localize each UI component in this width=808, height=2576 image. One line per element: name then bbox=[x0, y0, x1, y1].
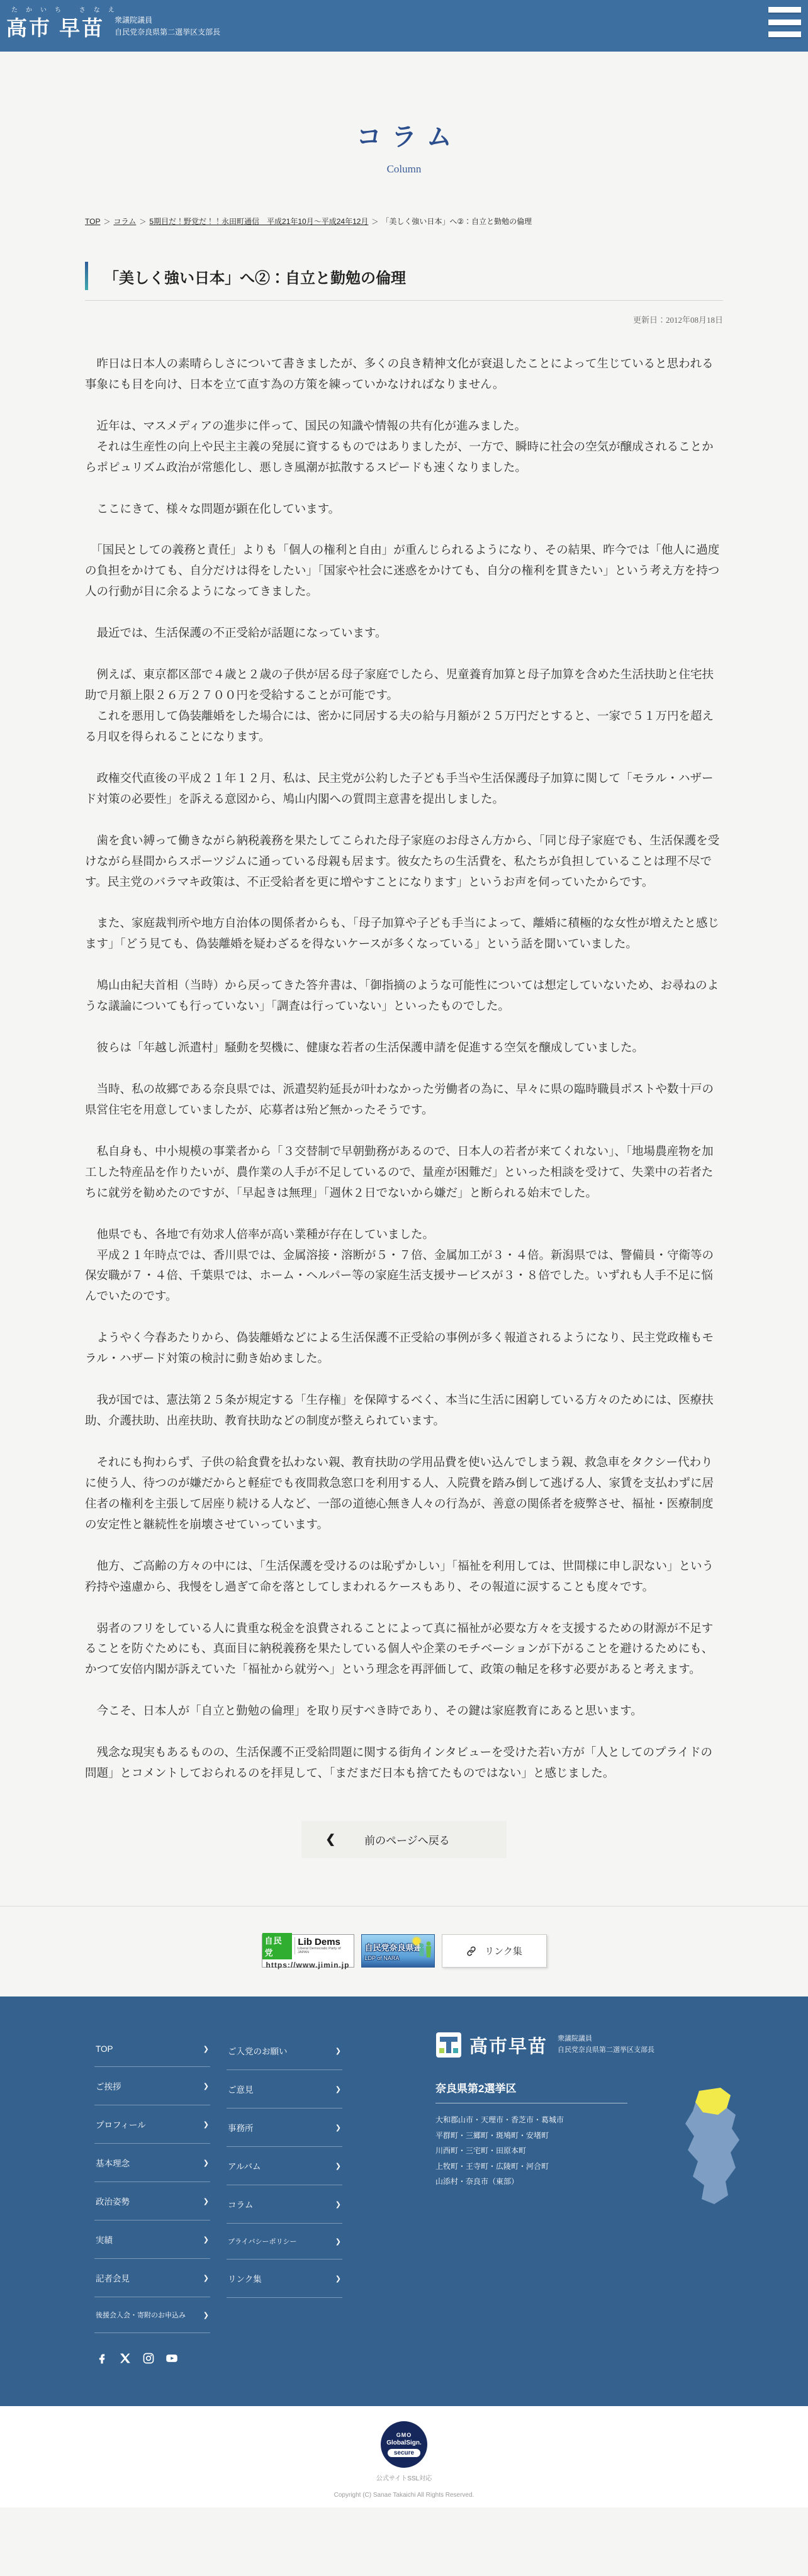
brand-titles: 衆議院議員 自民党奈良県第二選挙区支部長 bbox=[115, 14, 220, 38]
chevron-right-icon: ❯ bbox=[335, 2085, 341, 2093]
footer-brand-title1: 衆議院議員 bbox=[558, 2034, 654, 2045]
chevron-right-icon: ❯ bbox=[335, 2237, 341, 2246]
paragraph: 私自身も、中小規模の事業者から「３交替制で早朝勤務があるので、日本人の若者が来て… bbox=[85, 1142, 723, 1204]
paragraph-block: 残念な現実もあるものの、生活保護不正受給問題に関する街角インタビューを受けた若い… bbox=[85, 1743, 723, 1784]
footer-nav-item[interactable]: プロフィール❯ bbox=[94, 2105, 210, 2144]
chevron-right-icon: ❯ bbox=[203, 2045, 209, 2053]
paragraph: それにも拘わらず、子供の給食費を払わない親、教育扶助の学用品費を使い込んでしまう… bbox=[85, 1453, 723, 1536]
links-collection-button[interactable]: リンク集 bbox=[442, 1934, 547, 1968]
libdems-wordmark: Lib Dems bbox=[298, 1937, 353, 1947]
footer-brand-name[interactable]: 高市早苗 bbox=[469, 2032, 547, 2058]
footer-nav-label: アルバム bbox=[228, 2159, 261, 2172]
brand-title-line1: 衆議院議員 bbox=[115, 14, 220, 26]
seal-caption: 公式サイトSSL対応 bbox=[0, 2473, 808, 2482]
footer-nav-label: ご入党のお願い bbox=[228, 2044, 288, 2057]
footer-nav-label: 政治姿勢 bbox=[96, 2195, 130, 2207]
paragraph: 平成２１年時点では、香川県では、金属溶接・溶断が５・７倍、金属加工が３・４倍。新… bbox=[85, 1246, 723, 1308]
nara-banner-subtitle: LDP of NARA bbox=[365, 1955, 400, 1961]
chevron-left-icon: ❮ bbox=[325, 1832, 335, 1847]
site-brand[interactable]: たかいち さなえ 高市 早苗 衆議院議員 自民党奈良県第二選挙区支部長 bbox=[0, 0, 808, 38]
x-icon[interactable] bbox=[119, 2352, 132, 2365]
seal-section: GMO GlobalSign. secure 公式サイトSSL対応 Copyri… bbox=[0, 2406, 808, 2507]
chevron-right-icon: ❯ bbox=[335, 2162, 341, 2170]
instagram-icon[interactable] bbox=[142, 2352, 155, 2365]
brand-furigana: たかいち さなえ bbox=[11, 4, 808, 14]
social-icons-row bbox=[94, 2352, 342, 2365]
jimin-url: https://www.jimin.jp bbox=[266, 1961, 350, 1969]
paragraph-block: 歯を食い縛って働きながら納税義務を果たしてこられた母子家庭のお母さん方から、「同… bbox=[85, 831, 723, 893]
paragraph: 近年は、マスメディアの進歩に伴って、国民の知識や情報の共有化が進みました。 bbox=[85, 417, 723, 437]
paragraph-block: 政権交代直後の平成２１年１２月、私は、民主党が公約した子ども手当や生活保護母子加… bbox=[85, 769, 723, 810]
paragraph-block: ここにきて、様々な問題が顕在化しています。 bbox=[85, 500, 723, 520]
paragraph: それは生産性の向上や民主主義の発展に資するものではありましたが、一方で、瞬時に社… bbox=[85, 437, 723, 479]
seal-brand-top: GMO bbox=[396, 2432, 412, 2438]
seal-brand-bottom: GlobalSign. bbox=[386, 2439, 422, 2446]
paragraph-block: ようやく今春あたりから、偽装離婚などによる生活保護不正受給の事例が多く報道される… bbox=[85, 1328, 723, 1370]
footer-nav-item[interactable]: ご入党のお願い❯ bbox=[227, 2032, 342, 2070]
brand-title-line2: 自民党奈良県第二選挙区支部長 bbox=[115, 26, 220, 38]
breadcrumb-separator: ＞ bbox=[371, 218, 378, 226]
people-figures-icon bbox=[417, 1941, 433, 1966]
footer-nav-item[interactable]: 基本理念❯ bbox=[94, 2144, 210, 2182]
footer-nav-item[interactable]: プライバシーポリシー❯ bbox=[227, 2224, 342, 2260]
footer-brand-title2: 自民党奈良県第二選挙区支部長 bbox=[558, 2045, 654, 2056]
ldp-logo: 自民党 bbox=[262, 1933, 293, 1959]
chevron-right-icon: ❯ bbox=[203, 2311, 209, 2319]
footer-nav-item[interactable]: ご意見❯ bbox=[227, 2070, 342, 2108]
site-logo-icon bbox=[435, 2032, 462, 2058]
chevron-right-icon: ❯ bbox=[203, 2236, 209, 2244]
paragraph: 鳩山由紀夫首相（当時）から戻ってきた答弁書は、「御指摘のような可能性については想… bbox=[85, 976, 723, 1017]
footer-nav-item[interactable]: 事務所❯ bbox=[227, 2108, 342, 2147]
paragraph: 今こそ、日本人が「自立と勤勉の倫理」を取り戻すべき時であり、その鍵は家庭教育にあ… bbox=[85, 1701, 723, 1722]
site-header: たかいち さなえ 高市 早苗 衆議院議員 自民党奈良県第二選挙区支部長 bbox=[0, 0, 808, 52]
page-heading-section: コラム Column bbox=[0, 52, 808, 176]
chevron-right-icon: ❯ bbox=[335, 2124, 341, 2132]
paragraph-block: 「国民としての義務と責任」よりも「個人の権利と自由」が重んじられるようになり、そ… bbox=[85, 540, 723, 603]
paragraph: 政権交代直後の平成２１年１２月、私は、民主党が公約した子ども手当や生活保護母子加… bbox=[85, 769, 723, 810]
paragraph-block: 昨日は日本人の素晴らしさについて書きましたが、多くの良き精神文化が衰退したことに… bbox=[85, 354, 723, 396]
footer-nav-label: 事務所 bbox=[228, 2121, 254, 2134]
paragraph: 「国民としての義務と責任」よりも「個人の権利と自由」が重んじられるようになり、そ… bbox=[85, 540, 723, 603]
paragraph: これを悪用して偽装離婚をした場合には、密かに同居する夫の給与月額が２５万円だとす… bbox=[85, 707, 723, 748]
footer-nav-label: ご意見 bbox=[228, 2083, 254, 2095]
chevron-right-icon: ❯ bbox=[203, 2274, 209, 2282]
back-button-label: 前のページへ戻る bbox=[364, 1832, 450, 1847]
footer-nav-label: ご挨拶 bbox=[96, 2080, 121, 2092]
breadcrumb: TOP＞コラム＞5期目だ！野党だ！！永田町通信 平成21年10月～平成24年12… bbox=[85, 216, 723, 227]
paragraph: ここにきて、様々な問題が顕在化しています。 bbox=[85, 500, 723, 520]
copyright-text: Copyright (C) Sanae Takaichi All Rights … bbox=[0, 2492, 808, 2499]
footer-nav-item[interactable]: TOP❯ bbox=[94, 2032, 210, 2067]
chevron-right-icon: ❯ bbox=[203, 2120, 209, 2129]
footer-nav-label: 記者会見 bbox=[96, 2271, 130, 2284]
footer-nav-label: コラム bbox=[228, 2198, 253, 2210]
paragraph-block: 鳩山由紀夫首相（当時）から戻ってきた答弁書は、「御指摘のような可能性については想… bbox=[85, 976, 723, 1017]
paragraph-block: 近年は、マスメディアの進歩に伴って、国民の知識や情報の共有化が進みました。 それ… bbox=[85, 417, 723, 479]
paragraph-block: 我が国では、憲法第２５条が規定する「生存権」を保障するべく、本当に生活に困窮して… bbox=[85, 1391, 723, 1432]
ldp-nara-banner[interactable]: 自民党奈良県連 LDP of NARA bbox=[361, 1934, 435, 1968]
chevron-right-icon: ❯ bbox=[335, 2200, 341, 2209]
paragraph-block: 彼らは「年越し派遣村」騒動を契機に、健康な若者の生活保護申請を促進する空気を醸成… bbox=[85, 1038, 723, 1059]
paragraph-block: 他県でも、各地で有効求人倍率が高い業種が存在していました。 平成２１年時点では、… bbox=[85, 1225, 723, 1308]
banner-section: 自民党 Lib Dems Liberal Democratic Party of… bbox=[0, 1906, 808, 1996]
footer-nav-item[interactable]: ご挨拶❯ bbox=[94, 2067, 210, 2105]
paragraph: また、家庭裁判所や地方自治体の関係者からも、「母子加算や子ども手当によって、離婚… bbox=[85, 914, 723, 955]
chevron-right-icon: ❯ bbox=[203, 2197, 209, 2205]
footer-nav-label: プライバシーポリシー bbox=[228, 2236, 296, 2246]
paragraph: ようやく今春あたりから、偽装離婚などによる生活保護不正受給の事例が多く報道される… bbox=[85, 1328, 723, 1370]
footer-nav-label: リンク集 bbox=[228, 2272, 262, 2285]
article-body: 昨日は日本人の素晴らしさについて書きましたが、多くの良き精神文化が衰退したことに… bbox=[85, 354, 723, 1784]
ldp-jimin-banner[interactable]: 自民党 Lib Dems Liberal Democratic Party of… bbox=[262, 1934, 354, 1968]
footer-brand-titles: 衆議院議員 自民党奈良県第二選挙区支部長 bbox=[558, 2034, 654, 2056]
breadcrumb-link-column[interactable]: コラム bbox=[113, 217, 136, 226]
paragraph-block: 他方、ご高齢の方々の中には、「生活保護を受けるのは恥ずかしい」「福祉を利用しては… bbox=[85, 1557, 723, 1598]
paragraph-block: 最近では、生活保護の不正受給が話題になっています。 bbox=[85, 624, 723, 644]
back-to-previous-page-button[interactable]: ❮ 前のページへ戻る bbox=[301, 1821, 507, 1858]
brand-name: 高市 早苗 bbox=[6, 18, 104, 38]
paragraph: 弱者のフリをしている人に貴重な税金を浪費されることによって真に福祉が必要な方々を… bbox=[85, 1619, 723, 1681]
paragraph: 他方、ご高齢の方々の中には、「生活保護を受けるのは恥ずかしい」「福祉を利用しては… bbox=[85, 1557, 723, 1598]
paragraph-block: 私自身も、中小規模の事業者から「３交替制で早朝勤務があるので、日本人の若者が来て… bbox=[85, 1142, 723, 1204]
breadcrumb-separator: ＞ bbox=[139, 218, 146, 226]
footer-nav-item[interactable]: コラム❯ bbox=[227, 2185, 342, 2224]
article-title: 「美しく強い日本」へ②：自立と勤勉の倫理 bbox=[85, 258, 723, 301]
breadcrumb-link-series[interactable]: 5期目だ！野党だ！！永田町通信 平成21年10月～平成24年12月 bbox=[149, 217, 368, 226]
paragraph-block: 例えば、東京都区部で４歳と２歳の子供が居る母子家庭でしたら、児童養育加算と母子加… bbox=[85, 665, 723, 748]
footer-nav-label: 基本理念 bbox=[96, 2156, 130, 2169]
breadcrumb-link-top[interactable]: TOP bbox=[85, 217, 100, 226]
district-heading: 奈良県第2選挙区 bbox=[435, 2080, 627, 2103]
paragraph: 例えば、東京都区部で４歳と２歳の子供が居る母子家庭でしたら、児童養育加算と母子加… bbox=[85, 665, 723, 707]
paragraph: 残念な現実もあるものの、生活保護不正受給問題に関する街角インタビューを受けた若い… bbox=[85, 1743, 723, 1784]
chevron-right-icon: ❯ bbox=[203, 2159, 209, 2167]
paragraph: 当時、私の故郷である奈良県では、派遣契約延長が叶わなかった労働者の為に、早々に県… bbox=[85, 1080, 723, 1121]
footer-nav-column-right: ご入党のお願い❯ご意見❯事務所❯アルバム❯コラム❯プライバシーポリシー❯リンク集… bbox=[227, 2032, 342, 2333]
chevron-right-icon: ❯ bbox=[335, 2047, 341, 2055]
chevron-right-icon: ❯ bbox=[203, 2082, 209, 2090]
footer-nav-column-left: TOP❯ご挨拶❯プロフィール❯基本理念❯政治姿勢❯実績❯記者会見❯後援会入会・寄… bbox=[94, 2032, 210, 2333]
page-title: コラム bbox=[10, 117, 808, 153]
page-title-en: Column bbox=[0, 163, 808, 176]
footer-nav-item[interactable]: アルバム❯ bbox=[227, 2147, 342, 2185]
paragraph-block: 弱者のフリをしている人に貴重な税金を浪費されることによって真に福祉が必要な方々を… bbox=[85, 1619, 723, 1681]
footer-nav-label: 実績 bbox=[96, 2233, 113, 2246]
youtube-icon[interactable] bbox=[166, 2352, 178, 2365]
paragraph-block: それにも拘わらず、子供の給食費を払わない親、教育扶助の学用品費を使い込んでしまう… bbox=[85, 1453, 723, 1536]
paragraph: 昨日は日本人の素晴らしさについて書きましたが、多くの良き精神文化が衰退したことに… bbox=[85, 354, 723, 396]
footer-nav-item[interactable]: 政治姿勢❯ bbox=[94, 2182, 210, 2220]
paragraph: 最近では、生活保護の不正受給が話題になっています。 bbox=[85, 624, 723, 644]
paragraph: 歯を食い縛って働きながら納税義務を果たしてこられた母子家庭のお母さん方から、「同… bbox=[85, 831, 723, 893]
footer-nav-label: プロフィール bbox=[96, 2118, 146, 2131]
facebook-icon[interactable] bbox=[96, 2352, 108, 2365]
paragraph-block: 当時、私の故郷である奈良県では、派遣契約延長が叶わなかった労働者の為に、早々に県… bbox=[85, 1080, 723, 1121]
paragraph: 他県でも、各地で有効求人倍率が高い業種が存在していました。 bbox=[85, 1225, 723, 1246]
breadcrumb-separator: ＞ bbox=[103, 218, 110, 226]
footer-nav-label: 後援会入会・寄附のお申込み bbox=[96, 2310, 186, 2320]
hamburger-menu-icon[interactable] bbox=[768, 7, 801, 37]
links-collection-label: リンク集 bbox=[485, 1944, 522, 1957]
paragraph-block: また、家庭裁判所や地方自治体の関係者からも、「母子加算や子ども手当によって、離婚… bbox=[85, 914, 723, 955]
paragraph-block: 今こそ、日本人が「自立と勤勉の倫理」を取り戻すべき時であり、その鍵は家庭教育にあ… bbox=[85, 1701, 723, 1722]
footer-nav-label: TOP bbox=[96, 2044, 113, 2054]
link-icon bbox=[466, 1946, 477, 1957]
paragraph: 彼らは「年越し派遣村」騒動を契機に、健康な若者の生活保護申請を促進する空気を醸成… bbox=[85, 1038, 723, 1059]
paragraph: 我が国では、憲法第２５条が規定する「生存権」を保障するべく、本当に生活に困窮して… bbox=[85, 1391, 723, 1432]
footer-nav-item[interactable]: リンク集❯ bbox=[227, 2260, 342, 2298]
nara-district-map bbox=[664, 2086, 753, 2207]
chevron-right-icon: ❯ bbox=[335, 2275, 341, 2283]
footer-nav-item[interactable]: 後援会入会・寄附のお申込み❯ bbox=[94, 2297, 210, 2333]
globalsign-secure-seal[interactable]: GMO GlobalSign. secure bbox=[381, 2421, 427, 2468]
libdems-subtext: Liberal Democratic Party of JAPAN bbox=[298, 1947, 351, 1954]
footer-nav-item[interactable]: 実績❯ bbox=[94, 2220, 210, 2259]
article-date: 更新日：2012年08月18日 bbox=[85, 313, 723, 325]
seal-secure-label: secure bbox=[388, 2449, 420, 2457]
site-footer: TOP❯ご挨拶❯プロフィール❯基本理念❯政治姿勢❯実績❯記者会見❯後援会入会・寄… bbox=[0, 1996, 808, 2406]
breadcrumb-current: 「美しく強い日本」へ②：自立と勤勉の倫理 bbox=[381, 217, 532, 226]
footer-nav-item[interactable]: 記者会見❯ bbox=[94, 2259, 210, 2297]
